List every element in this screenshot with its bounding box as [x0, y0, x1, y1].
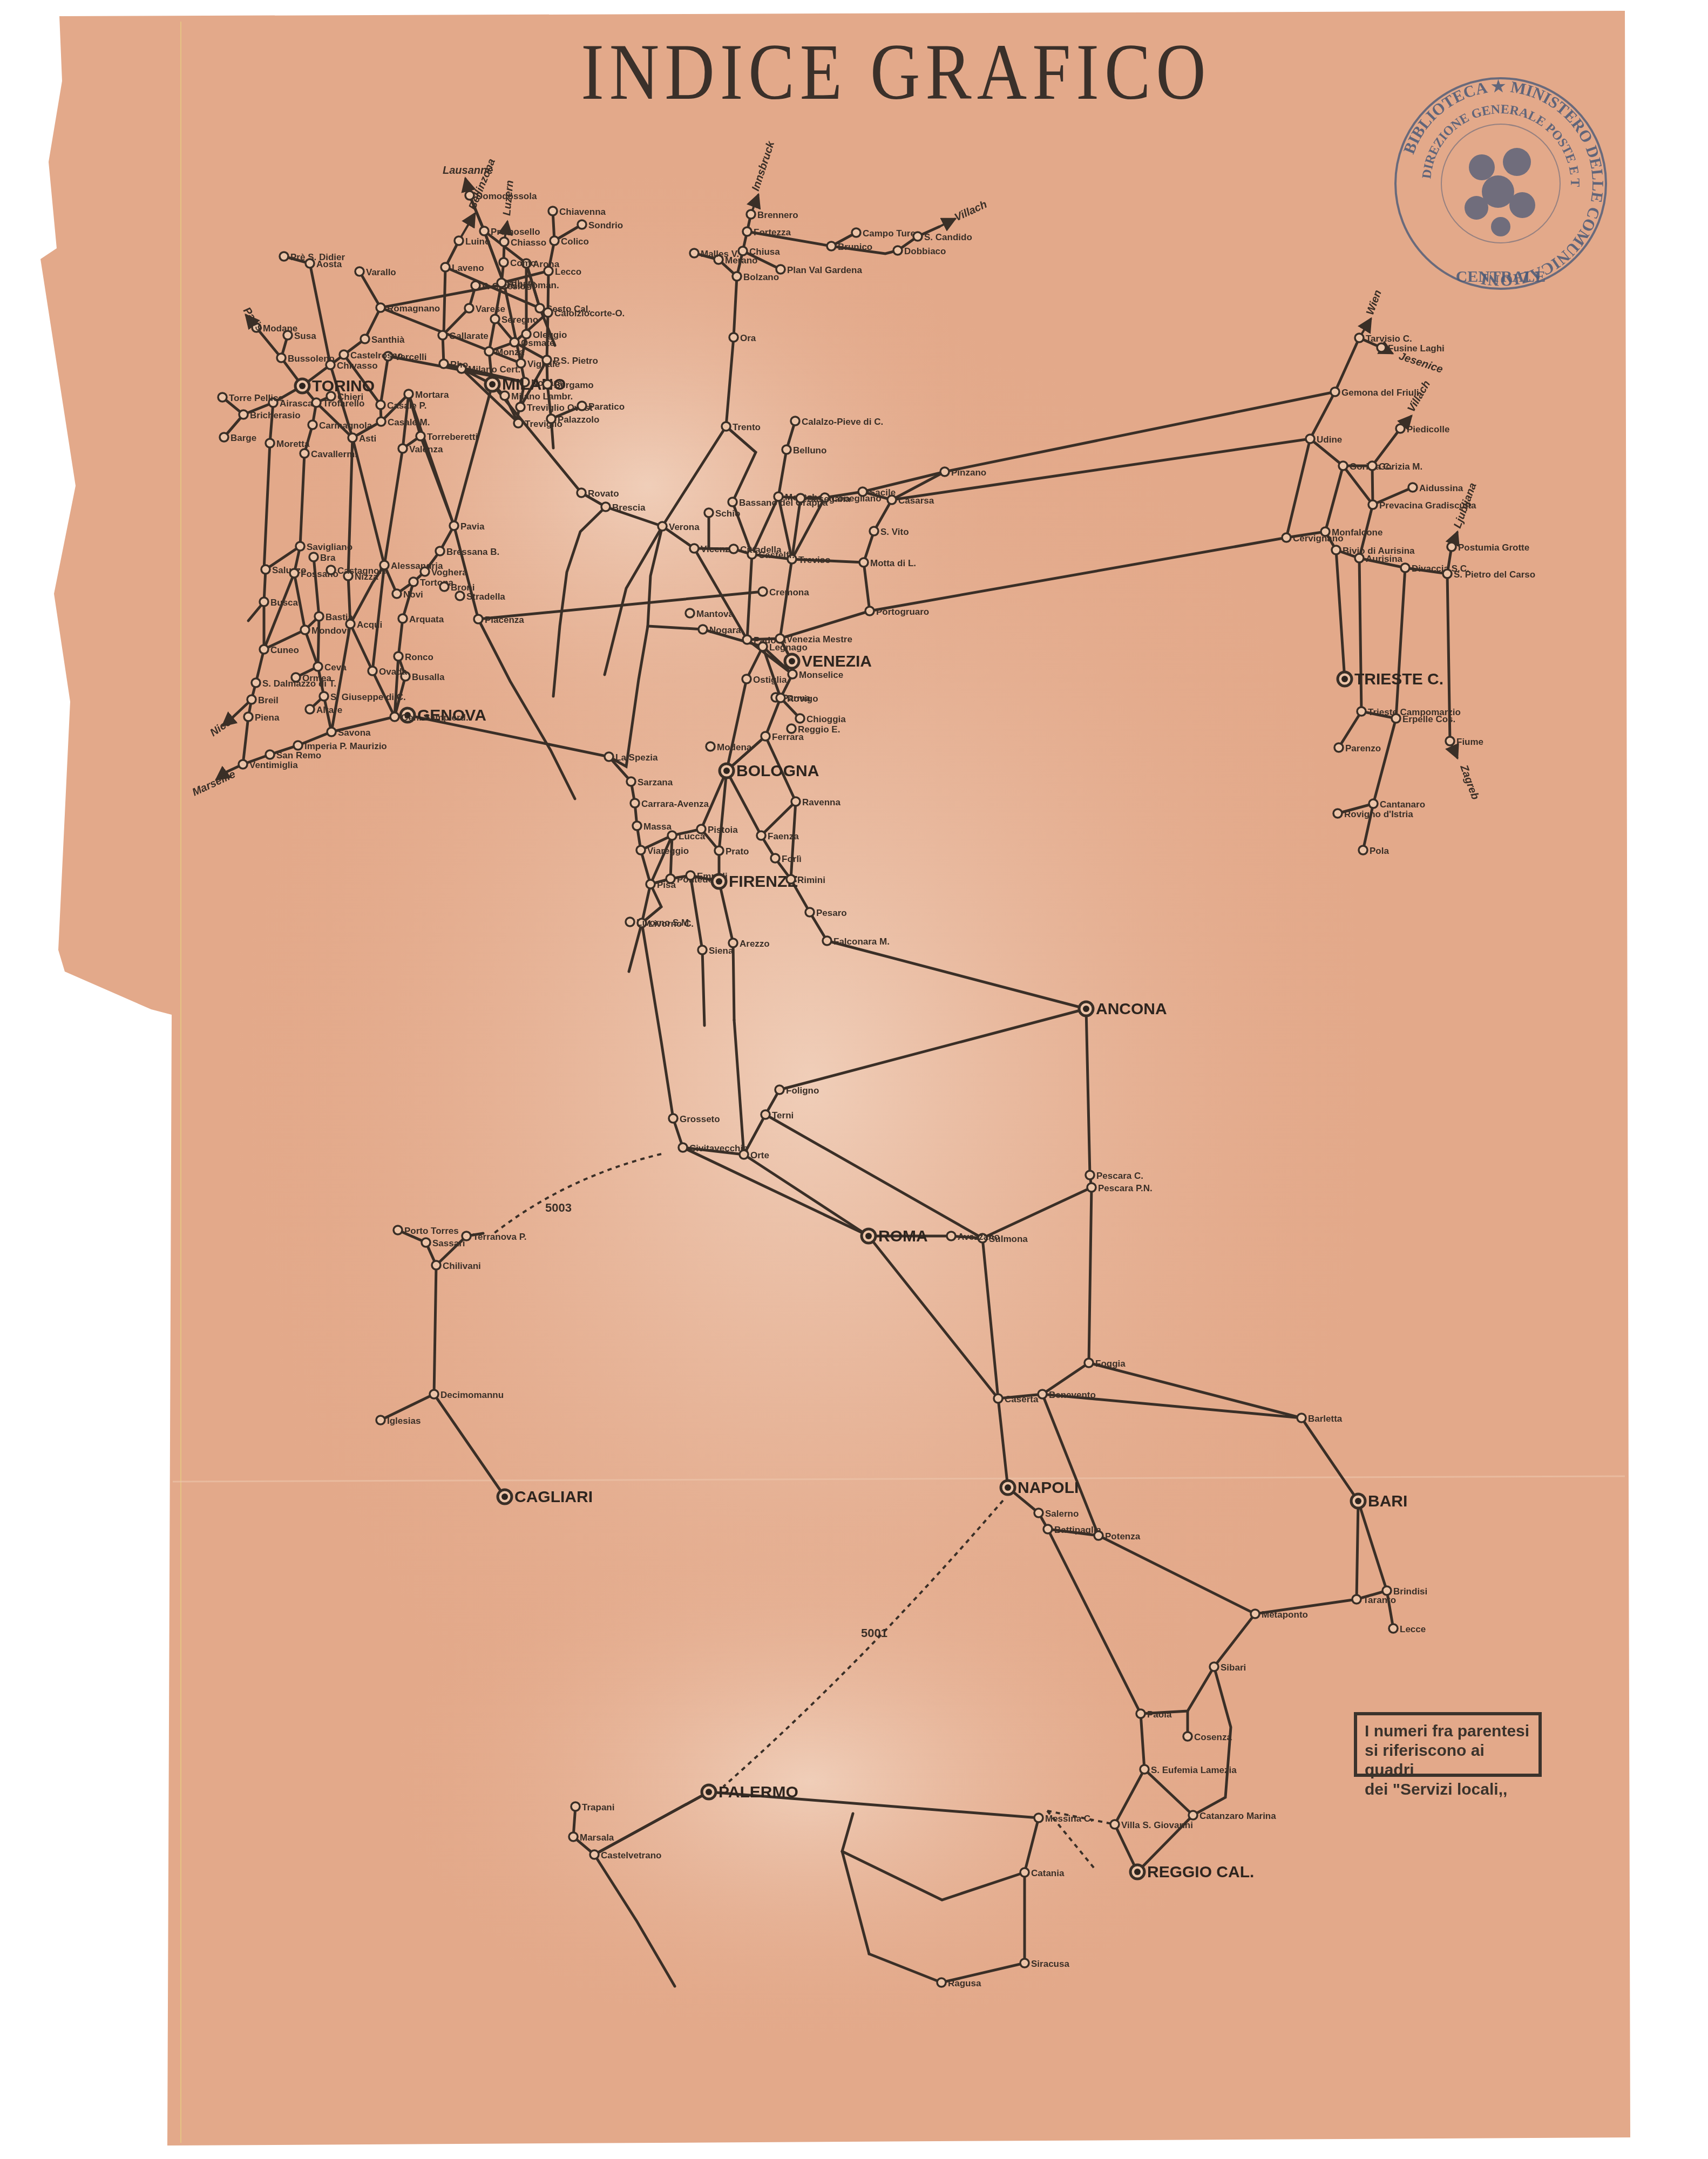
- dest-jesenice: Jesenice: [1397, 350, 1444, 376]
- station-label: Ostiglia: [753, 675, 787, 685]
- station-dot-icon: [252, 678, 260, 687]
- station-label: Barge: [231, 433, 256, 443]
- station-dot-icon: [1085, 1359, 1093, 1367]
- station-marker: Laveno: [441, 263, 484, 273]
- station-label: Messina C.: [1045, 1814, 1093, 1824]
- station-dot-icon: [646, 880, 655, 888]
- station-marker: Ravenna: [791, 797, 841, 807]
- station-marker: Chilivani: [432, 1261, 481, 1271]
- station-label: Cavallerm.: [311, 449, 357, 459]
- station-label: Breil: [258, 695, 279, 705]
- station-marker: Calalzo-Pieve di C.: [791, 417, 883, 427]
- station-label: Viareggio: [647, 846, 689, 856]
- station-label: Castagnole: [337, 566, 387, 576]
- station-label: Sondrio: [588, 220, 623, 230]
- station-marker: Seregno: [491, 315, 538, 325]
- station-label: Santhià: [371, 335, 405, 345]
- station-dot-icon: [327, 566, 335, 574]
- station-marker: Breil: [247, 695, 279, 705]
- station-dot-icon: [1306, 434, 1314, 443]
- station-dot-icon: [239, 760, 247, 769]
- station-dot-icon: [1331, 388, 1339, 396]
- station-dot-icon: [294, 741, 302, 750]
- station-dot-icon: [761, 1110, 770, 1119]
- station-dot-icon: [686, 609, 694, 617]
- station-label: Pola: [1370, 846, 1389, 856]
- station-dot-icon: [376, 1416, 385, 1424]
- station-dot-icon: [947, 1232, 955, 1240]
- station-dot-icon: [937, 1978, 946, 1987]
- station-label: Caserta: [1005, 1394, 1039, 1404]
- station-label: Ventimiglia: [249, 760, 298, 770]
- library-stamp: BIBLIOTECA ★ MINISTERO DELLE COMUNICAZIO…: [1387, 70, 1614, 297]
- legend-box: I numeri fra parentesi si riferiscono ai…: [1354, 1712, 1542, 1777]
- station-marker: Forlì: [771, 854, 802, 864]
- station-marker: Prato: [715, 846, 749, 857]
- station-dot-icon: [438, 331, 447, 340]
- station-dot-icon: [827, 242, 836, 250]
- station-dot-icon: [578, 402, 586, 410]
- station-dot-icon: [858, 487, 867, 496]
- station-marker: Casarsa: [887, 495, 934, 506]
- station-dot-icon: [312, 398, 321, 407]
- station-marker: Sibari: [1210, 1662, 1246, 1673]
- station-label: San Remo: [276, 750, 321, 761]
- station-dot-icon: [636, 846, 645, 854]
- dest-villach: Villach: [953, 199, 989, 224]
- station-label: Sassari: [432, 1238, 465, 1248]
- station-label: Erpelle Cos.: [1402, 714, 1455, 724]
- station-dot-icon: [633, 821, 641, 830]
- station-dot-icon: [1401, 563, 1409, 572]
- station-marker: Stradella: [456, 592, 505, 602]
- station-dot-icon: [742, 675, 751, 683]
- station-label: Gemona del Friuli: [1341, 388, 1419, 398]
- station-dot-icon: [728, 498, 737, 506]
- station-marker: Decimomannu: [430, 1390, 504, 1400]
- station-marker: Lecco: [544, 267, 581, 277]
- station-marker: Postumia Grotte: [1447, 542, 1529, 553]
- station-marker: Trento: [722, 422, 761, 432]
- station-dot-icon: [296, 542, 304, 551]
- station-label: Malles V.: [701, 249, 739, 259]
- station-label: Bergamo: [554, 380, 594, 390]
- station-dot-icon: [1189, 1811, 1197, 1819]
- station-label: Postumia Grotte: [1458, 542, 1529, 553]
- station-marker: Pesaro: [805, 908, 847, 918]
- station-marker: Pola: [1359, 846, 1389, 856]
- station-dot-icon: [859, 558, 868, 567]
- station-dot-icon: [669, 1114, 677, 1123]
- station-label: Pavia: [460, 521, 485, 532]
- station-dot-icon: [631, 799, 639, 807]
- station-dot-icon: [729, 545, 738, 553]
- station-dot-icon: [1368, 461, 1377, 470]
- station-marker: Fiume: [1446, 737, 1483, 747]
- station-dot-icon: [474, 615, 483, 623]
- station-label: S. Pietro del Carso: [1454, 569, 1535, 580]
- station-label: Belluno: [793, 445, 826, 456]
- station-label: Calalzo-Pieve di C.: [802, 417, 883, 427]
- station-dot-icon: [913, 232, 922, 241]
- station-dot-icon: [758, 642, 767, 651]
- station-dot-icon: [348, 433, 357, 442]
- legend-line-3: dei "Servizi locali,,: [1365, 1780, 1531, 1800]
- station-label: Bussoleno: [288, 354, 335, 364]
- station-marker: Varallo: [355, 267, 396, 277]
- station-marker: Campo Tures: [852, 228, 920, 239]
- station-label: Castelvetrano: [601, 1850, 661, 1861]
- station-label: Orte: [750, 1150, 769, 1160]
- station-dot-icon: [355, 267, 364, 276]
- station-marker: Taranto: [1352, 1595, 1396, 1605]
- station-marker: Livorno S.M.: [626, 918, 692, 928]
- station-dot-icon: [376, 400, 385, 409]
- station-dot-icon: [791, 797, 800, 806]
- station-label: Plan Val Gardena: [787, 265, 862, 275]
- station-marker: Portogruaro: [865, 607, 929, 617]
- station-marker: S. Candido: [913, 232, 972, 242]
- station-label: Foligno: [786, 1085, 819, 1096]
- station-marker: Altare: [306, 705, 342, 715]
- station-label: Milano Lambr.: [511, 391, 573, 402]
- station-marker: Cremona: [758, 587, 809, 598]
- station-dot-icon: [1110, 1820, 1119, 1829]
- station-dot-icon: [462, 1232, 471, 1240]
- station-label: Prato: [726, 846, 749, 857]
- station-marker: Cervignano: [1282, 533, 1344, 544]
- station-marker: Cittadella: [729, 545, 782, 555]
- station-marker: Lecce: [1389, 1624, 1426, 1634]
- station-dot-icon: [309, 553, 318, 561]
- station-marker: Foligno: [775, 1085, 819, 1096]
- station-label: Piedicolle: [1407, 424, 1449, 434]
- station-marker: Brescia: [601, 503, 646, 513]
- station-label: S. Candido: [924, 232, 972, 242]
- station-label: Forlì: [782, 854, 802, 864]
- station-label: Osmate: [521, 338, 554, 348]
- station-label: La Spezia: [615, 752, 658, 763]
- station-label: Calolziocorte-O.: [554, 308, 625, 318]
- station-dot-icon: [471, 281, 480, 290]
- station-dot-icon: [1447, 542, 1456, 551]
- station-label: Grosseto: [680, 1114, 720, 1124]
- station-dot-icon: [266, 439, 274, 447]
- station-dot-icon: [1086, 1171, 1094, 1179]
- station-label: Moretta: [276, 439, 310, 449]
- station-dot-icon: [729, 333, 738, 342]
- station-dot-icon: [376, 303, 385, 312]
- station-marker: Prè S. Didier: [280, 252, 345, 262]
- station-marker: Torreberetti: [416, 432, 478, 442]
- station-marker: Ovada: [368, 667, 408, 677]
- station-marker: Viareggio: [636, 846, 689, 856]
- station-marker: Massa: [633, 821, 672, 832]
- station-dot-icon: [679, 1143, 687, 1152]
- station-marker: Trapani: [571, 1802, 614, 1812]
- station-label: Catania: [1031, 1868, 1065, 1878]
- station-dot-icon: [776, 694, 785, 702]
- station-dot-icon: [571, 1802, 580, 1811]
- station-dot-icon: [497, 279, 506, 287]
- station-label: Laveno: [452, 263, 484, 273]
- station-marker: Plan Val Gardena: [776, 265, 862, 275]
- station-dot-icon: [699, 625, 707, 634]
- station-label: Voghera: [431, 567, 467, 578]
- station-marker: Colico: [550, 236, 589, 247]
- station-marker: Milano Lambr.: [500, 391, 573, 402]
- station-dot-icon: [398, 614, 407, 623]
- station-dot-icon: [543, 380, 552, 389]
- station-marker: Albate: [497, 279, 536, 289]
- station-dot-icon: [547, 415, 555, 423]
- dest-luzern: Luzern: [501, 180, 516, 216]
- station-marker: Ostiglia: [742, 675, 787, 685]
- station-dot-icon: [514, 419, 523, 427]
- station-label: Chilivani: [443, 1261, 481, 1271]
- station-label: Trofarello: [323, 398, 364, 409]
- station-dot-icon: [1334, 743, 1343, 752]
- station-marker: Tarvisio C.: [1355, 334, 1412, 344]
- station-dot-icon: [1020, 1959, 1029, 1967]
- station-dot-icon: [361, 335, 369, 343]
- station-label: Altare: [316, 705, 342, 715]
- station-label: Piena: [255, 712, 280, 723]
- station-label: Ragusa: [948, 1978, 981, 1988]
- station-dot-icon: [577, 488, 586, 497]
- station-marker: Gen. Sampierd.: [390, 712, 469, 723]
- station-label: Siracusa: [1031, 1959, 1069, 1969]
- station-dot-icon: [788, 670, 797, 678]
- station-marker: Trofarello: [312, 398, 364, 409]
- station-marker: Luino: [455, 236, 490, 247]
- station-label: Ovada: [379, 667, 408, 677]
- station-marker: La Spezia: [605, 752, 658, 763]
- station-dot-icon: [1359, 846, 1367, 854]
- station-dot-icon: [893, 246, 902, 255]
- station-marker: Rho: [439, 359, 468, 370]
- station-dot-icon: [500, 237, 509, 246]
- station-marker: Messina C.: [1034, 1814, 1093, 1824]
- station-marker: Caserta: [994, 1394, 1039, 1404]
- station-dot-icon: [1355, 334, 1364, 342]
- station-marker: Bivio di Aurisina: [1332, 546, 1415, 556]
- station-dot-icon: [1020, 1868, 1029, 1877]
- station-dot-icon: [499, 258, 508, 267]
- station-label: ROMA: [878, 1227, 928, 1245]
- station-marker: S. Giuseppe di C.: [320, 692, 406, 702]
- station-dot-icon: [290, 569, 299, 578]
- station-label: Parenzo: [1345, 743, 1381, 753]
- station-marker: Marsala: [569, 1832, 614, 1843]
- station-dot-icon: [704, 508, 713, 517]
- station-dot-icon: [1094, 1531, 1103, 1540]
- station-marker: Salerno: [1034, 1509, 1079, 1519]
- station-dot-icon: [398, 444, 407, 453]
- station-dot-icon: [320, 692, 328, 701]
- station-dot-icon: [308, 420, 317, 429]
- station-marker: Falconara M.: [823, 936, 890, 947]
- station-label: Ceva: [324, 662, 347, 673]
- station-dot-icon: [775, 1085, 784, 1094]
- station-marker: Bra: [309, 553, 336, 563]
- station-label: Casarsa: [898, 495, 934, 506]
- station-label: Gallarate: [449, 331, 489, 341]
- station-label: Trapani: [582, 1802, 614, 1812]
- station-dot-icon: [368, 667, 377, 675]
- station-dot-icon: [280, 252, 288, 261]
- station-label: Albate: [508, 279, 536, 289]
- station-marker: Busalla: [401, 672, 445, 682]
- station-dot-icon: [758, 587, 767, 596]
- city-marker: ANCONA: [1079, 1000, 1167, 1018]
- station-label: Reggio E.: [798, 724, 840, 735]
- station-marker: Orte: [740, 1150, 769, 1160]
- station-marker: Castelrosso: [340, 350, 403, 361]
- station-dot-icon: [392, 589, 401, 598]
- station-marker: Brennero: [747, 210, 798, 220]
- ferry-label-5001: 5001: [861, 1626, 887, 1640]
- station-dot-icon: [668, 831, 676, 840]
- city-marker: BARI: [1351, 1492, 1407, 1510]
- station-dot-icon: [1034, 1814, 1043, 1822]
- city-marker: VENEZIA: [785, 653, 872, 670]
- station-label: Arezzo: [740, 939, 770, 949]
- station-marker: Metaponto: [1251, 1610, 1308, 1620]
- station-label: S. Vito: [880, 527, 909, 537]
- station-marker: Ceva: [314, 662, 347, 673]
- dest-zagreb: Zagreb: [1458, 763, 1481, 801]
- station-label: Torreberetti: [427, 432, 478, 442]
- station-label: Pescara P.N.: [1098, 1183, 1153, 1193]
- station-dot-icon: [796, 494, 805, 503]
- station-label: Rovigo: [787, 694, 818, 704]
- city-marker: CAGLIARI: [498, 1488, 593, 1506]
- station-marker: Battipaglia: [1043, 1525, 1101, 1535]
- station-label: Sibari: [1221, 1662, 1246, 1673]
- station-label: Livorno S.M.: [636, 918, 692, 928]
- station-dot-icon: [698, 946, 707, 954]
- station-marker: Parenzo: [1334, 743, 1381, 753]
- station-marker: Pistoia: [697, 825, 738, 835]
- station-dot-icon: [697, 825, 706, 833]
- station-label: Tarvisio C.: [1366, 334, 1412, 344]
- station-dot-icon: [1368, 500, 1377, 509]
- station-dot-icon: [601, 503, 610, 511]
- station-marker: Osmate: [510, 338, 554, 348]
- station-dot-icon: [852, 228, 860, 237]
- station-label: Portogruaro: [876, 607, 929, 617]
- station-label: Potenza: [1105, 1531, 1141, 1542]
- station-marker: Mondovì: [301, 626, 349, 636]
- station-marker: Moretta: [266, 439, 310, 449]
- station-label: Acqui: [357, 620, 382, 630]
- dest-marseille: Marseille: [191, 768, 238, 798]
- station-dot-icon: [1333, 809, 1342, 818]
- station-dot-icon: [1043, 1525, 1052, 1533]
- station-dot-icon: [743, 227, 751, 236]
- station-label: Cosenza: [1194, 1732, 1232, 1742]
- station-dot-icon: [1282, 533, 1291, 542]
- station-marker: Sondrio: [578, 220, 623, 230]
- station-dot-icon: [1446, 737, 1454, 745]
- station-label: Fortezza: [754, 227, 791, 237]
- station-label: Lecco: [555, 267, 581, 277]
- station-label: Casale M.: [388, 417, 430, 427]
- station-label: Bra: [320, 553, 336, 563]
- dest-innsbruck: Innsbruck: [750, 139, 777, 193]
- station-label: Udine: [1317, 434, 1342, 445]
- station-label: Palazzolo: [558, 415, 599, 425]
- legend-line-1: I numeri fra parentesi: [1365, 1722, 1531, 1741]
- station-dot-icon: [578, 220, 586, 229]
- station-label: REGGIO CAL.: [1147, 1863, 1254, 1881]
- station-marker: Vicenza: [690, 544, 735, 554]
- ferry-labels: 5003 5001: [545, 1201, 887, 1640]
- station-marker: Torre Pellice: [218, 393, 283, 403]
- station-dot-icon: [220, 433, 228, 442]
- station-label: Brennero: [757, 210, 798, 220]
- station-marker: Bressana B.: [436, 547, 499, 557]
- station-marker: Gemona del Friuli: [1331, 388, 1419, 398]
- station-marker: Voghera: [421, 567, 467, 578]
- station-label: Cervignano: [1293, 533, 1344, 544]
- station-dot-icon: [787, 875, 795, 884]
- station-label: Savigliano: [307, 542, 353, 552]
- station-marker: Rovato: [577, 488, 619, 499]
- station-label: Cantanaro: [1380, 799, 1425, 810]
- station-dot-icon: [747, 210, 755, 219]
- station-dot-icon: [283, 331, 292, 340]
- station-label: Torre Pellice: [229, 393, 283, 403]
- station-marker: Cosenza: [1183, 1732, 1232, 1742]
- station-label: Trento: [733, 422, 761, 432]
- station-label: Ronco: [405, 652, 433, 662]
- station-label: Chivasso: [337, 361, 378, 371]
- station-marker: Barletta: [1297, 1414, 1343, 1424]
- map-labels: DomodossolaPremoselloAronaBorgoman.Varal…: [0, 0, 1708, 2159]
- station-label: Piacenza: [485, 615, 524, 625]
- station-dot-icon: [300, 449, 309, 458]
- station-marker: Paola: [1136, 1709, 1172, 1720]
- station-dot-icon: [1183, 1732, 1192, 1741]
- station-dot-icon: [823, 936, 831, 945]
- station-marker: Siena: [698, 946, 734, 956]
- station-dot-icon: [485, 347, 493, 356]
- station-dot-icon: [390, 712, 399, 721]
- station-label: Treviso: [798, 555, 831, 565]
- station-dot-icon: [940, 467, 949, 476]
- station-dot-icon: [1443, 569, 1452, 578]
- station-marker: Bussoleno: [277, 354, 335, 364]
- station-label: Bricherasio: [250, 410, 301, 420]
- station-label: Metaponto: [1262, 1610, 1308, 1620]
- station-label: Gorizia M.: [1379, 461, 1422, 472]
- station-marker: Fortezza: [743, 227, 791, 237]
- station-marker: Casale P.: [376, 400, 426, 411]
- station-dot-icon: [315, 612, 323, 621]
- station-label: Cuneo: [270, 645, 299, 655]
- station-label: Premosello: [491, 227, 540, 237]
- station-marker: Calolziocorte-O.: [544, 308, 625, 318]
- station-dot-icon: [292, 673, 300, 682]
- station-marker: Mantova: [686, 609, 734, 619]
- station-dot-icon: [261, 565, 270, 574]
- station-dot-icon: [1377, 343, 1386, 352]
- station-marker: Brunico: [827, 242, 872, 252]
- city-marker: NAPOLI: [1001, 1479, 1079, 1497]
- station-label: Verona: [669, 522, 700, 532]
